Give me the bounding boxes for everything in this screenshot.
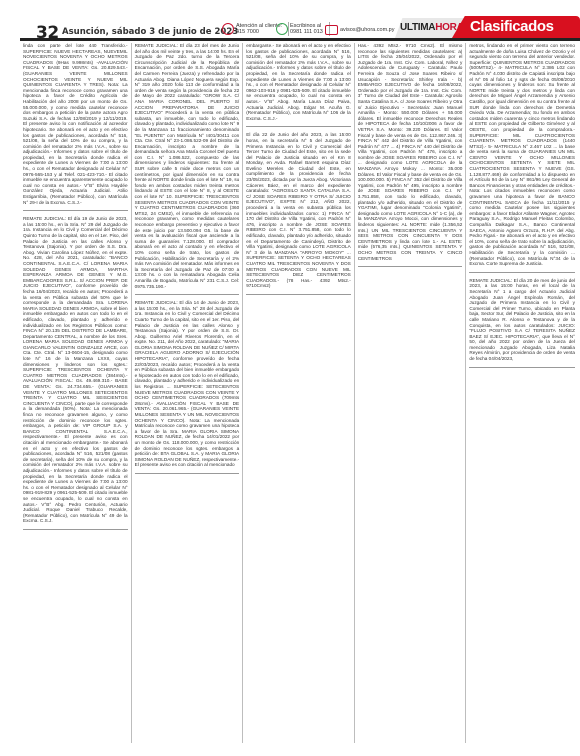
- notice-text: linda con parte del lote 440 Transferido…: [23, 43, 128, 205]
- notice: metros, lindando en el primer viento con…: [469, 43, 575, 273]
- column-1: linda con parte del lote 440 Transferido…: [20, 43, 132, 743]
- column-5: metros, lindando en el primer viento con…: [466, 43, 578, 743]
- notice: Has.- 4392 Mts2.- 9710 Cms2). El mismo r…: [358, 43, 463, 267]
- page-header: 32 Asunción, sábado 3 de junio de 2023 A…: [0, 0, 580, 38]
- classifieds-columns: linda con parte del lote 440 Transferido…: [20, 43, 578, 743]
- contact-whatsapp[interactable]: Escribinos al 0981 111 013: [276, 22, 330, 36]
- date-line: Asunción, sábado 3 de junio de 2023: [62, 27, 238, 37]
- contact-email[interactable]: avisos@uhora.com.py: [325, 25, 395, 35]
- mail-icon: [325, 25, 338, 35]
- brand-logo: ULTIMAHORA: [400, 22, 463, 33]
- column-4: Has.- 4392 Mts2.- 9710 Cms2). El mismo r…: [355, 43, 467, 743]
- contact-phone-value: 415 7000: [236, 29, 259, 35]
- notice-text: REMATE JUDICIAL: El día 20 de mes de jun…: [469, 278, 575, 362]
- notice-text: REMATE JUDICIAL: El día 19 de Junio de 2…: [23, 216, 128, 524]
- notice: embargante.- Se abonará en el acto y en …: [246, 43, 351, 127]
- section-title: Clasificados: [470, 18, 554, 35]
- notice-text: metros, lindando en el primer viento con…: [469, 43, 575, 267]
- notice: El día 22 de Junio del año 2023, a las 1…: [246, 132, 351, 295]
- column-2: REMATE JUDICIAL: El día 23 del mes de Ju…: [132, 43, 244, 743]
- notice-text: Has.- 4392 Mts2.- 9710 Cms2). El mismo r…: [358, 43, 463, 261]
- contact-email-value: avisos@uhora.com.py: [340, 27, 395, 33]
- phone-icon: [222, 23, 234, 35]
- notice-text: REMATE JUDICIAL: El día 23 del mes de Ju…: [135, 43, 240, 289]
- notice: REMATE JUDICIAL: El día 20 de mes de jun…: [469, 278, 575, 368]
- notice: REMATE JUDICIAL: El día 23 del mes de Ju…: [135, 43, 240, 295]
- whatsapp-icon: [276, 23, 288, 35]
- notice-text: REMATE JUDICIAL: El día 14 de Junio de 2…: [135, 300, 240, 468]
- column-3: embargante.- Se abonará en el acto y en …: [243, 43, 355, 743]
- notice: REMATE JUDICIAL: El día 19 de Junio de 2…: [23, 216, 128, 530]
- notice: REMATE JUDICIAL: El día 14 de Junio de 2…: [135, 300, 240, 474]
- contact-whatsapp-value: 0981 111 013: [290, 29, 323, 35]
- notice-text: El día 22 de Junio del año 2023, a las 1…: [246, 132, 351, 289]
- header-rule: [20, 38, 580, 41]
- notice-text: embargante.- Se abonará en el acto y en …: [246, 43, 351, 121]
- notice: linda con parte del lote 440 Transferido…: [23, 43, 128, 211]
